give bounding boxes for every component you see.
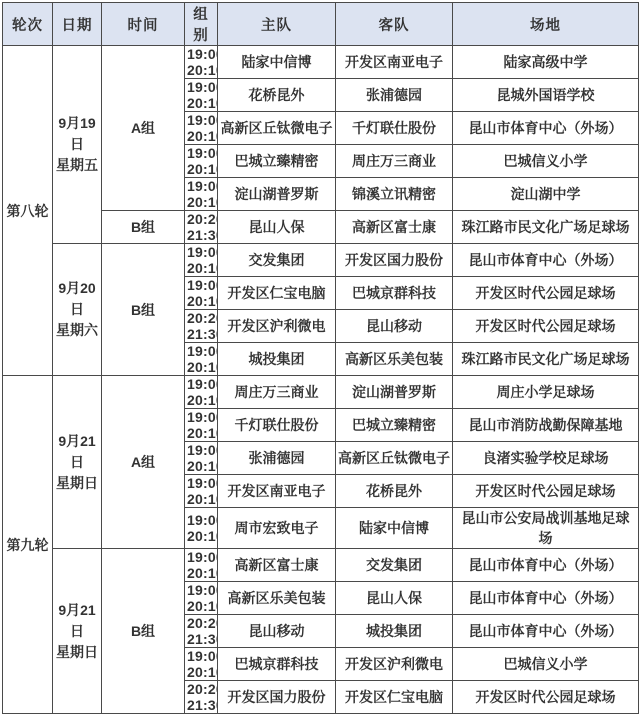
time-cell: 20:20-21:30 <box>185 681 218 714</box>
home-team-cell: 昆山移动 <box>218 615 336 648</box>
away-team-cell: 高新区乐美包装 <box>336 343 453 376</box>
home-team-cell: 开发区沪利微电 <box>218 310 336 343</box>
home-team-cell: 高新区乐美包装 <box>218 582 336 615</box>
venue-cell: 巴城信义小学 <box>453 648 639 681</box>
date-cell: 9月19日 星期五 <box>53 46 102 244</box>
venue-cell: 开发区时代公园足球场 <box>453 310 639 343</box>
away-team-cell: 开发区南亚电子 <box>336 46 453 79</box>
home-team-cell: 开发区仁宝电脑 <box>218 277 336 310</box>
home-team-cell: 开发区南亚电子 <box>218 475 336 508</box>
time-cell: 19:00-20:10 <box>185 376 218 409</box>
group-cell: A组 <box>102 376 185 549</box>
match-row: 第九轮9月21日 星期日A组19:00-20:10周庄万三商业淀山湖普罗斯周庄小… <box>3 376 639 409</box>
home-team-cell: 高新区富士康 <box>218 549 336 582</box>
venue-cell: 开发区时代公园足球场 <box>453 475 639 508</box>
home-team-cell: 陆家中信博 <box>218 46 336 79</box>
away-team-cell: 花桥昆外 <box>336 475 453 508</box>
time-cell: 19:00-20:10 <box>185 549 218 582</box>
header-row: 轮次 日期 时间 组别 主队 客队 场地 <box>3 3 639 46</box>
home-team-cell: 开发区国力股份 <box>218 681 336 714</box>
col-header-round: 轮次 <box>3 3 53 46</box>
time-cell: 20:20-21:30 <box>185 615 218 648</box>
home-team-cell: 花桥昆外 <box>218 79 336 112</box>
time-cell: 19:00-20:10 <box>185 343 218 376</box>
col-header-away: 客队 <box>336 3 453 46</box>
away-team-cell: 陆家中信博 <box>336 508 453 549</box>
away-team-cell: 巴城京群科技 <box>336 277 453 310</box>
venue-cell: 陆家高级中学 <box>453 46 639 79</box>
venue-cell: 昆城外国语学校 <box>453 79 639 112</box>
time-cell: 19:00-20:10 <box>185 648 218 681</box>
group-cell: A组 <box>102 46 185 211</box>
time-cell: 19:00-20:10 <box>185 79 218 112</box>
time-cell: 19:00-20:10 <box>185 112 218 145</box>
away-team-cell: 张浦德园 <box>336 79 453 112</box>
home-team-cell: 昆山人保 <box>218 211 336 244</box>
schedule-body: 第八轮9月19日 星期五A组19:00-20:10陆家中信博开发区南亚电子陆家高… <box>3 46 639 714</box>
round-cell: 第九轮 <box>3 376 53 714</box>
time-cell: 19:00-20:10 <box>185 582 218 615</box>
group-cell: B组 <box>102 211 185 244</box>
col-header-date: 日期 <box>53 3 102 46</box>
col-header-venue: 场地 <box>453 3 639 46</box>
away-team-cell: 交发集团 <box>336 549 453 582</box>
away-team-cell: 开发区沪利微电 <box>336 648 453 681</box>
venue-cell: 周庄小学足球场 <box>453 376 639 409</box>
time-cell: 19:00-20:10 <box>185 277 218 310</box>
away-team-cell: 高新区富士康 <box>336 211 453 244</box>
time-cell: 19:00-20:10 <box>185 409 218 442</box>
home-team-cell: 周庄万三商业 <box>218 376 336 409</box>
venue-cell: 良渚实验学校足球场 <box>453 442 639 475</box>
col-header-group: 组别 <box>185 3 218 46</box>
group-cell: B组 <box>102 549 185 714</box>
time-cell: 19:00-20:10 <box>185 475 218 508</box>
away-team-cell: 千灯联仕股份 <box>336 112 453 145</box>
date-cell: 9月21日 星期日 <box>53 549 102 714</box>
venue-cell: 开发区时代公园足球场 <box>453 277 639 310</box>
venue-cell: 昆山市公安局战训基地足球场 <box>453 508 639 549</box>
date-cell: 9月20日 星期六 <box>53 244 102 376</box>
home-team-cell: 张浦德园 <box>218 442 336 475</box>
venue-cell: 昆山市消防战勤保障基地 <box>453 409 639 442</box>
home-team-cell: 高新区丘钛微电子 <box>218 112 336 145</box>
venue-cell: 淀山湖中学 <box>453 178 639 211</box>
time-cell: 20:20-21:30 <box>185 310 218 343</box>
venue-cell: 巴城信义小学 <box>453 145 639 178</box>
schedule-page: 轮次 日期 时间 组别 主队 客队 场地 第八轮9月19日 星期五A组19:00… <box>0 0 640 632</box>
away-team-cell: 锦溪立讯精密 <box>336 178 453 211</box>
away-team-cell: 昆山人保 <box>336 582 453 615</box>
time-cell: 19:00-20:10 <box>185 442 218 475</box>
col-header-home: 主队 <box>218 3 336 46</box>
date-cell: 9月21日 星期日 <box>53 376 102 549</box>
venue-cell: 昆山市体育中心（外场） <box>453 582 639 615</box>
home-team-cell: 交发集团 <box>218 244 336 277</box>
home-team-cell: 周市宏致电子 <box>218 508 336 549</box>
home-team-cell: 巴城京群科技 <box>218 648 336 681</box>
time-cell: 19:00-20:10 <box>185 178 218 211</box>
away-team-cell: 城投集团 <box>336 615 453 648</box>
away-team-cell: 开发区仁宝电脑 <box>336 681 453 714</box>
away-team-cell: 昆山移动 <box>336 310 453 343</box>
venue-cell: 昆山市体育中心（外场） <box>453 549 639 582</box>
home-team-cell: 淀山湖普罗斯 <box>218 178 336 211</box>
venue-cell: 昆山市体育中心（外场） <box>453 244 639 277</box>
time-cell: 19:00-20:10 <box>185 46 218 79</box>
venue-cell: 开发区时代公园足球场 <box>453 681 639 714</box>
away-team-cell: 高新区丘钛微电子 <box>336 442 453 475</box>
home-team-cell: 千灯联仕股份 <box>218 409 336 442</box>
away-team-cell: 周庄万三商业 <box>336 145 453 178</box>
time-cell: 19:00-20:10 <box>185 244 218 277</box>
match-schedule-table: 轮次 日期 时间 组别 主队 客队 场地 第八轮9月19日 星期五A组19:00… <box>2 2 639 714</box>
away-team-cell: 淀山湖普罗斯 <box>336 376 453 409</box>
away-team-cell: 开发区国力股份 <box>336 244 453 277</box>
venue-cell: 珠江路市民文化广场足球场 <box>453 343 639 376</box>
time-cell: 19:00-20:10 <box>185 508 218 549</box>
venue-cell: 昆山市体育中心（外场） <box>453 615 639 648</box>
round-cell: 第八轮 <box>3 46 53 376</box>
match-row: 第八轮9月19日 星期五A组19:00-20:10陆家中信博开发区南亚电子陆家高… <box>3 46 639 79</box>
match-row: 9月21日 星期日B组19:00-20:10高新区富士康交发集团昆山市体育中心（… <box>3 549 639 582</box>
away-team-cell: 巴城立臻精密 <box>336 409 453 442</box>
home-team-cell: 巴城立臻精密 <box>218 145 336 178</box>
match-row: 9月20日 星期六B组19:00-20:10交发集团开发区国力股份昆山市体育中心… <box>3 244 639 277</box>
time-cell: 19:00-20:10 <box>185 145 218 178</box>
home-team-cell: 城投集团 <box>218 343 336 376</box>
col-header-time: 时间 <box>102 3 185 46</box>
venue-cell: 昆山市体育中心（外场） <box>453 112 639 145</box>
time-cell: 20:20-21:30 <box>185 211 218 244</box>
venue-cell: 珠江路市民文化广场足球场 <box>453 211 639 244</box>
group-cell: B组 <box>102 244 185 376</box>
